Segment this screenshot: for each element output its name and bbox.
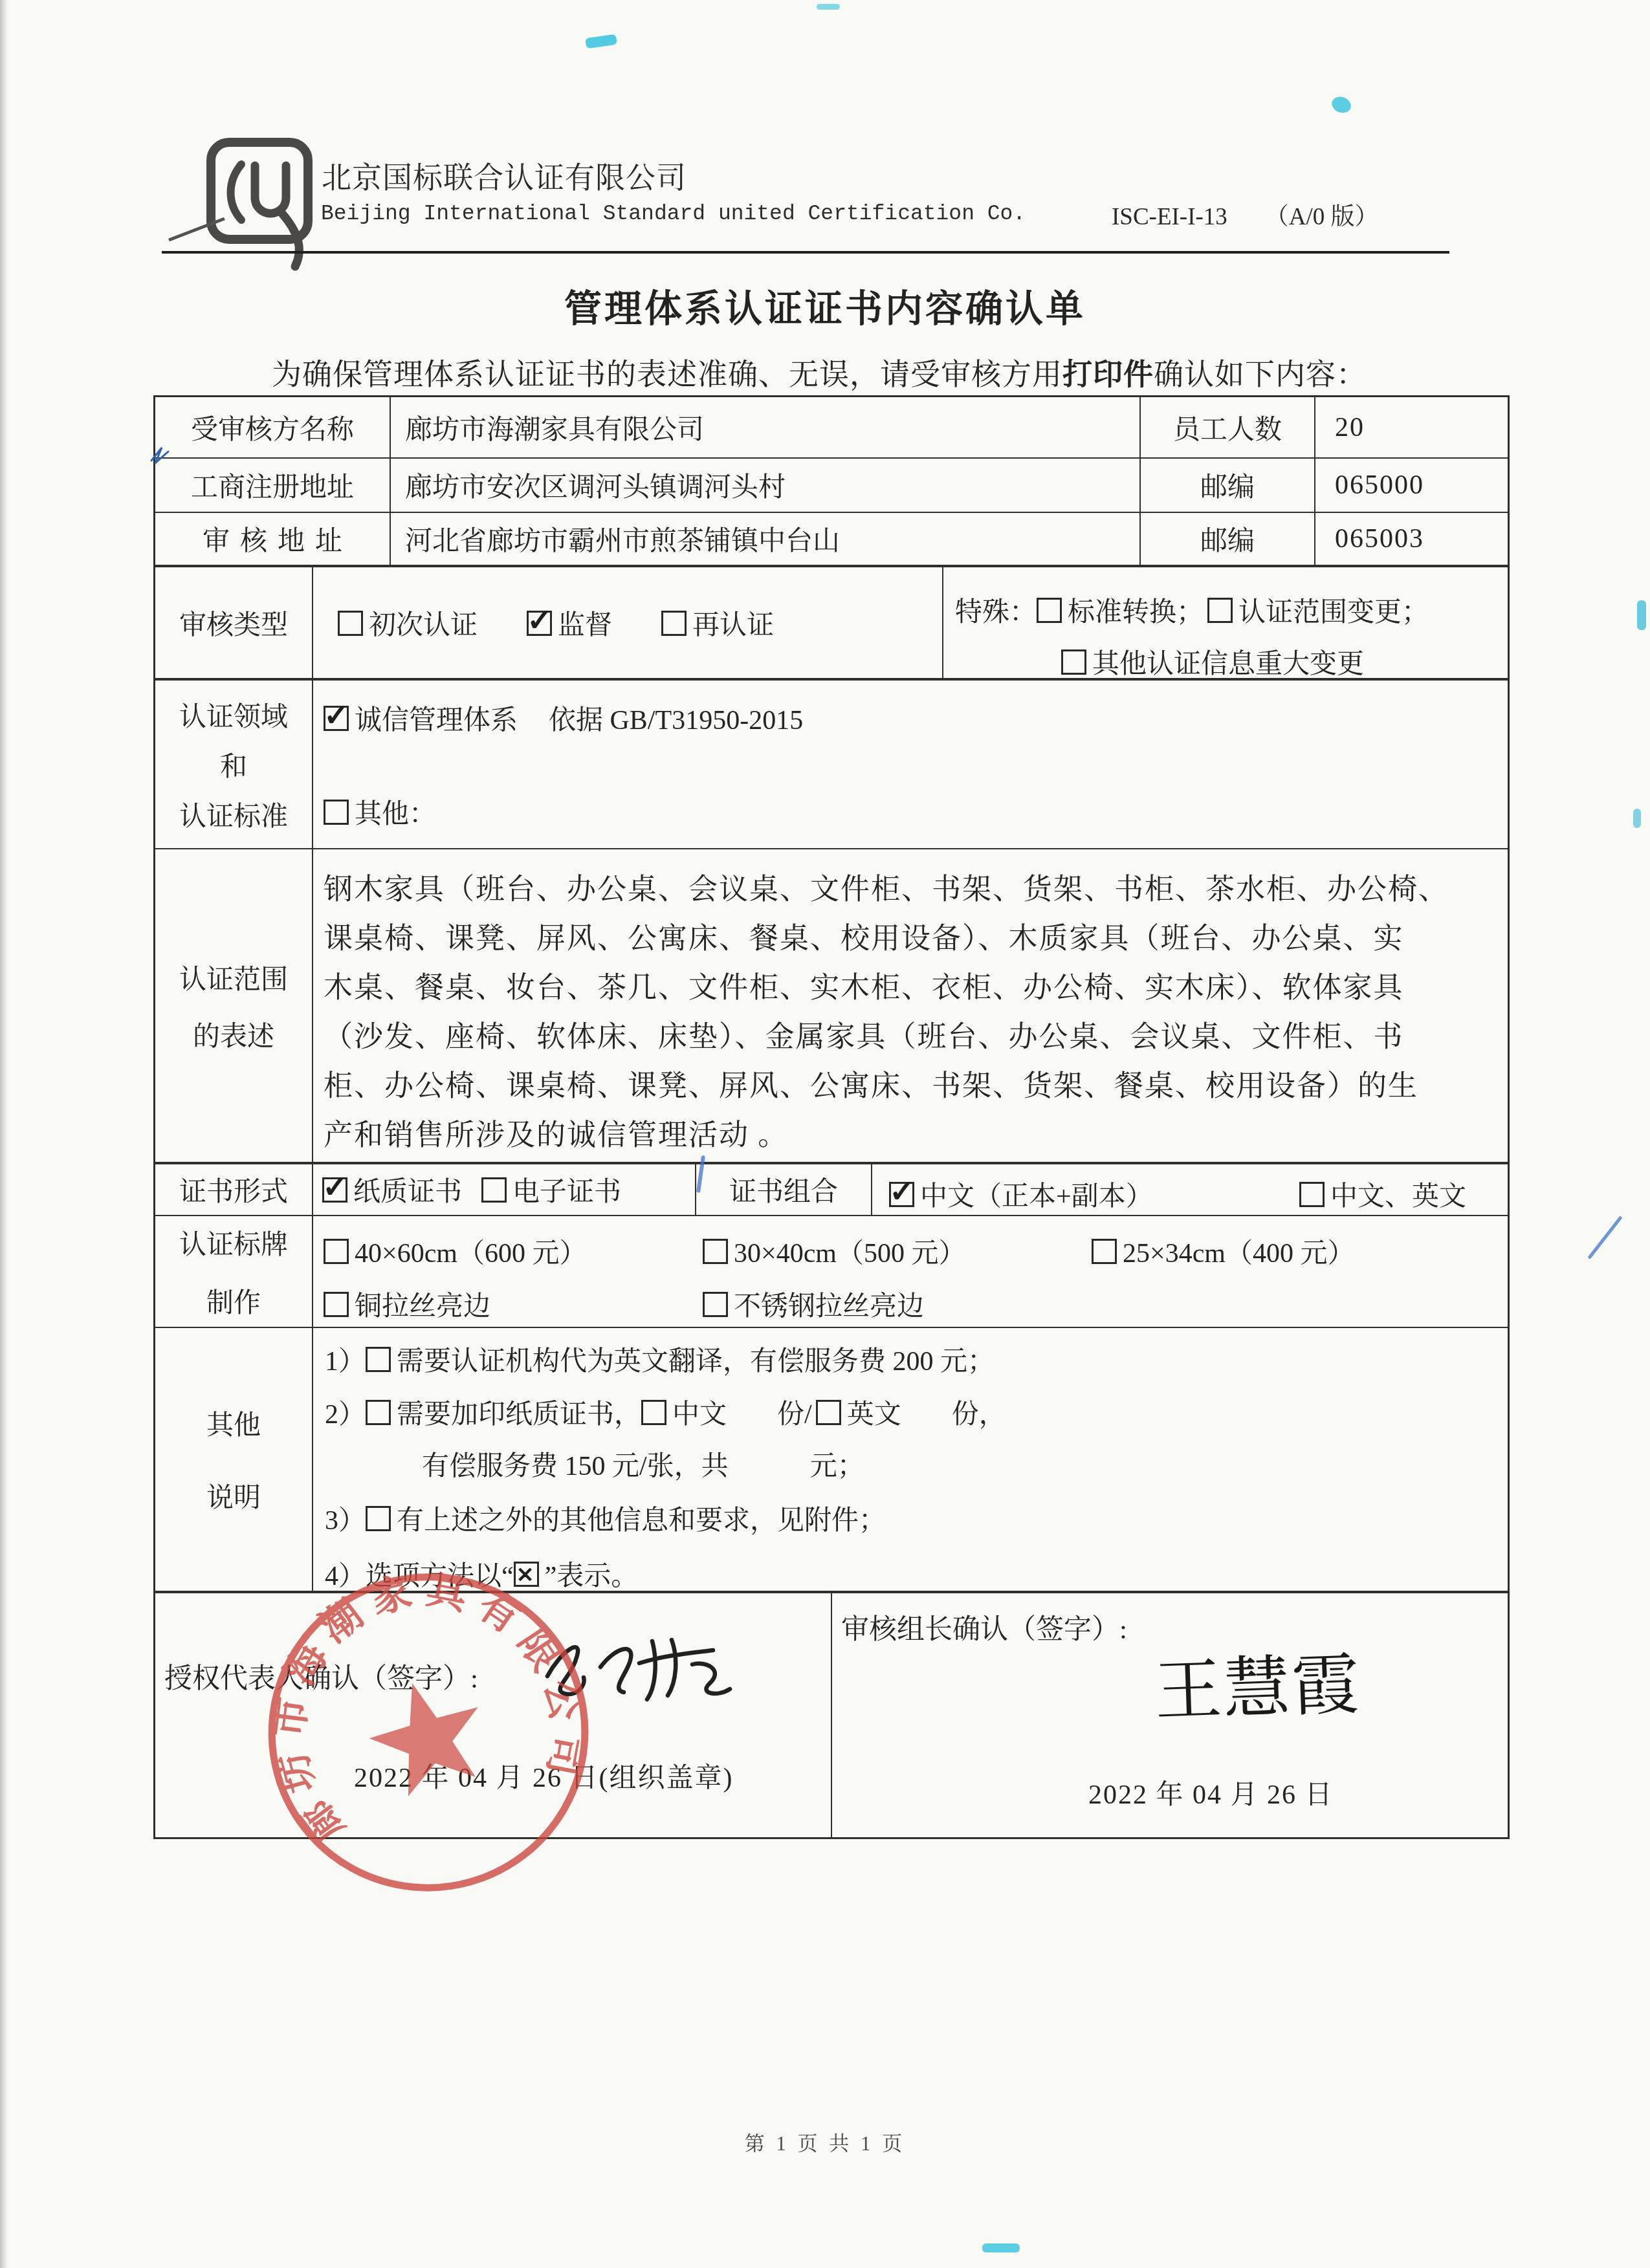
- form-version: （A/0 版）: [1265, 204, 1379, 230]
- scope-line: 课桌椅、课凳、屏风、公寓床、餐桌、校用设备）、木质家具（班台、办公桌、实: [324, 914, 1505, 963]
- checkbox-initial-certification: [338, 611, 363, 636]
- checkbox-plaque-40x60: [324, 1239, 349, 1264]
- audit-team-leader-cell: 审核组长确认（签字）: 王慧霞 2022 年 04 月 26 日: [832, 1593, 1512, 1837]
- checkbox-plaque-25x34: [1092, 1239, 1117, 1264]
- scan-artifact: [1587, 1216, 1622, 1259]
- authorized-representative-label: 授权代表人确认（签字）:: [164, 1657, 478, 1696]
- option-plaque-30x40: 30×40cm（500 元）: [703, 1232, 966, 1270]
- checkbox-extra-paper-certificates: [366, 1400, 391, 1425]
- certifier-name-cn: 北京国标联合认证有限公司: [322, 154, 687, 197]
- audit-type-options: 初次认证 监督 再认证: [313, 567, 943, 678]
- row-audit-address: 审核地址 河北省廊坊市霸州市煎茶铺镇中台山 邮编 065003: [155, 513, 1508, 567]
- zip-label-1: 邮编: [1141, 459, 1315, 512]
- audit-type-label: 审核类型: [155, 567, 313, 678]
- scan-artifact: [1330, 94, 1353, 116]
- zip-value-2: 065003: [1315, 513, 1512, 565]
- special-audit-options: 特殊：标准转换；认证范围变更； 其他认证信息重大变更: [943, 567, 1512, 678]
- cert-form-label: 证书形式: [155, 1164, 313, 1215]
- registered-address-value: 廊坊市安次区调河头镇调河头村: [391, 459, 1141, 512]
- print-copy-emphasis: 打印件: [1062, 358, 1154, 391]
- cert-combo-label: 证书组合: [696, 1164, 872, 1215]
- row-registered-address: 工商注册地址 廊坊市安次区调河头镇调河头村 邮编 065000: [155, 459, 1508, 513]
- checkbox-scope-change: [1207, 598, 1233, 623]
- pen-mark: [150, 442, 172, 468]
- option-chinese-original-copy: 中文（正本+副本）: [889, 1175, 1153, 1214]
- checkbox-stainless-edge: [703, 1292, 728, 1317]
- auditee-label: 受审核方名称: [155, 397, 391, 457]
- auditee-value: 廊坊市海潮家具有限公司: [391, 397, 1141, 457]
- bisc-logo: [206, 137, 319, 276]
- audit-address-label: 审核地址: [155, 513, 391, 565]
- option-electronic-certificate: 电子证书: [481, 1170, 621, 1209]
- checked-box-sample-icon: [514, 1562, 539, 1587]
- cert-form-options: 纸质证书 电子证书: [313, 1164, 696, 1215]
- checkbox-plaque-30x40: [703, 1239, 728, 1264]
- option-recertification: 再认证: [661, 604, 774, 642]
- checkbox-chinese-english: [1299, 1182, 1325, 1207]
- authorized-representative-signature: [537, 1627, 757, 1705]
- checkbox-recertification: [661, 611, 687, 636]
- scan-artifact: [585, 34, 617, 49]
- checkbox-english-translation: [366, 1347, 391, 1372]
- row-plaque: 认证标牌 制作 40×60cm（600 元） 30×40cm（500 元） 25…: [155, 1216, 1508, 1328]
- standard-basis: 依据 GB/T31950-2015: [549, 706, 803, 736]
- row-cert-form: 证书形式 纸质证书 电子证书 证书组合 中文（正本+副本） 中文、英文: [155, 1164, 1508, 1216]
- audit-team-leader-signature: 王慧霞: [1152, 1630, 1361, 1734]
- special-options-line2: 其他认证信息重大变更: [1061, 642, 1364, 681]
- row-notes: 其他 说明 1）需要认证机构代为英文翻译，有偿服务费 200 元； 2）需要加印…: [155, 1328, 1508, 1593]
- notes-content: 1）需要认证机构代为英文翻译，有偿服务费 200 元； 2）需要加印纸质证书，中…: [313, 1328, 1512, 1591]
- note-item-1: 1）需要认证机构代为英文翻译，有偿服务费 200 元；: [325, 1346, 1512, 1377]
- representative-date: 2022 年 04 月 26 日(组织盖章): [354, 1756, 733, 1795]
- staff-count-value: 20: [1315, 397, 1512, 457]
- option-paper-certificate: 纸质证书: [322, 1170, 462, 1209]
- option-surveillance: 监督: [527, 604, 612, 642]
- checkbox-standard-transition: [1037, 598, 1062, 623]
- row-audit-type: 审核类型 初次认证 监督 再认证 特殊：标准转换；认证范围变更； 其他认证信息重…: [155, 567, 1508, 681]
- audit-address-value: 河北省廊坊市霸州市煎茶铺镇中台山: [391, 513, 1141, 565]
- checkbox-copper-edge: [324, 1292, 349, 1317]
- scan-artifact: [1633, 809, 1641, 828]
- notes-label: 其他 说明: [155, 1328, 313, 1591]
- scope-line: 柜、办公椅、课桌椅、课凳、屏风、公寓床、书架、货架、餐桌、校用设备）的生: [324, 1062, 1505, 1111]
- audit-team-leader-label: 审核组长确认（签字）:: [841, 1608, 1127, 1647]
- intro-line: 为确保管理体系认证证书的表述准确、无误，请受审核方用打印件确认如下内容：: [272, 351, 1367, 393]
- header-rule: [162, 251, 1449, 254]
- note-item-2: 2）需要加印纸质证书，中文份/英文份，: [325, 1399, 1512, 1430]
- checkbox-electronic-certificate: [481, 1177, 507, 1203]
- confirmation-form-table: 受审核方名称 廊坊市海潮家具有限公司 员工人数 20 工商注册地址 廊坊市安次区…: [153, 395, 1510, 1839]
- checkbox-surveillance: [527, 611, 552, 636]
- option-plaque-25x34: 25×34cm（400 元）: [1092, 1232, 1355, 1270]
- note-item-4: 4）选项方法以“”表示。: [325, 1561, 1512, 1592]
- checkbox-chinese-original-copy: [889, 1182, 914, 1207]
- note-item-3: 3）有上述之外的其他信息和要求，见附件；: [325, 1505, 1512, 1536]
- audit-team-leader-date: 2022 年 04 月 26 日: [1088, 1773, 1334, 1812]
- cert-field-label: 认证领域 和 认证标准: [155, 681, 313, 848]
- checkbox-extra-english: [816, 1400, 841, 1425]
- plaque-options: 40×60cm（600 元） 30×40cm（500 元） 25×34cm（40…: [313, 1216, 1512, 1327]
- option-plaque-40x60: 40×60cm（600 元）: [324, 1232, 587, 1270]
- special-options-line1: 特殊：标准转换；认证范围变更；: [955, 591, 1429, 629]
- scan-artifact: [982, 2243, 1020, 2252]
- certifier-name-en: Beijing International Standard united Ce…: [321, 202, 1026, 226]
- option-stainless-edge: 不锈钢拉丝亮边: [703, 1285, 924, 1324]
- cert-field-content: 诚信管理体系依据 GB/T31950-2015 其他：: [313, 681, 1512, 848]
- other-standard-option: 其他：: [324, 792, 436, 831]
- row-cert-field: 认证领域 和 认证标准 诚信管理体系依据 GB/T31950-2015 其他：: [155, 681, 1508, 849]
- scan-artifact: [817, 4, 840, 10]
- document-code: ISC-EI-I-13（A/0 版）: [1112, 197, 1379, 232]
- option-chinese-english: 中文、英文: [1299, 1175, 1466, 1214]
- form-number: ISC-EI-I-13: [1112, 204, 1227, 230]
- plaque-label: 认证标牌 制作: [155, 1216, 313, 1327]
- page-title: 管理体系认证证书内容确认单: [0, 278, 1650, 333]
- row-scope: 认证范围 的表述 钢木家具（班台、办公桌、会议桌、文件柜、书架、货架、书柜、茶水…: [155, 849, 1508, 1164]
- scope-line: 产和销售所涉及的诚信管理活动 。: [324, 1111, 1505, 1160]
- scope-line: （沙发、座椅、软体床、床垫）、金属家具（班台、办公桌、会议桌、文件柜、书: [324, 1012, 1505, 1062]
- note-item-2-continued: 有偿服务费 150 元/张，共 元；: [422, 1451, 1512, 1482]
- scope-text: 钢木家具（班台、办公桌、会议桌、文件柜、书架、货架、书柜、茶水柜、办公椅、 课桌…: [313, 849, 1512, 1162]
- registered-address-label: 工商注册地址: [155, 459, 391, 512]
- zip-value-1: 065000: [1315, 459, 1512, 512]
- checkbox-other-info-attachment: [366, 1506, 391, 1531]
- option-copper-edge: 铜拉丝亮边: [324, 1285, 490, 1324]
- scope-line: 钢木家具（班台、办公桌、会议桌、文件柜、书架、货架、书柜、茶水柜、办公椅、: [324, 865, 1505, 914]
- checkbox-extra-chinese: [641, 1400, 666, 1425]
- staff-count-label: 员工人数: [1141, 397, 1315, 457]
- zip-label-2: 邮编: [1141, 513, 1315, 565]
- scan-artifact: [1637, 600, 1646, 630]
- scanned-document-page: 北京国标联合认证有限公司 Beijing International Stand…: [0, 0, 1650, 2268]
- row-auditee: 受审核方名称 廊坊市海潮家具有限公司 员工人数 20: [155, 397, 1508, 459]
- scope-label: 认证范围 的表述: [155, 849, 313, 1162]
- row-signoff: 授权代表人确认（签字）: 2022 年 04 月 26 日(组织盖章) 审核组长…: [155, 1593, 1508, 1837]
- checkbox-other-major-change: [1061, 649, 1086, 675]
- checkbox-integrity-management-system: [324, 706, 349, 731]
- cert-combo-options: 中文（正本+副本） 中文、英文: [872, 1164, 1512, 1215]
- integrity-system-option: 诚信管理体系依据 GB/T31950-2015: [324, 699, 803, 737]
- page-number-footer: 第 1 页 共 1 页: [0, 2127, 1650, 2156]
- checkbox-other-standard: [324, 800, 349, 825]
- checkbox-paper-certificate: [322, 1177, 347, 1203]
- scope-line: 木桌、餐桌、妆台、茶几、文件柜、实木柜、衣柜、办公椅、实木床）、软体家具: [324, 963, 1505, 1012]
- authorized-representative-cell: 授权代表人确认（签字）: 2022 年 04 月 26 日(组织盖章): [155, 1593, 832, 1837]
- option-initial-certification: 初次认证: [338, 604, 478, 642]
